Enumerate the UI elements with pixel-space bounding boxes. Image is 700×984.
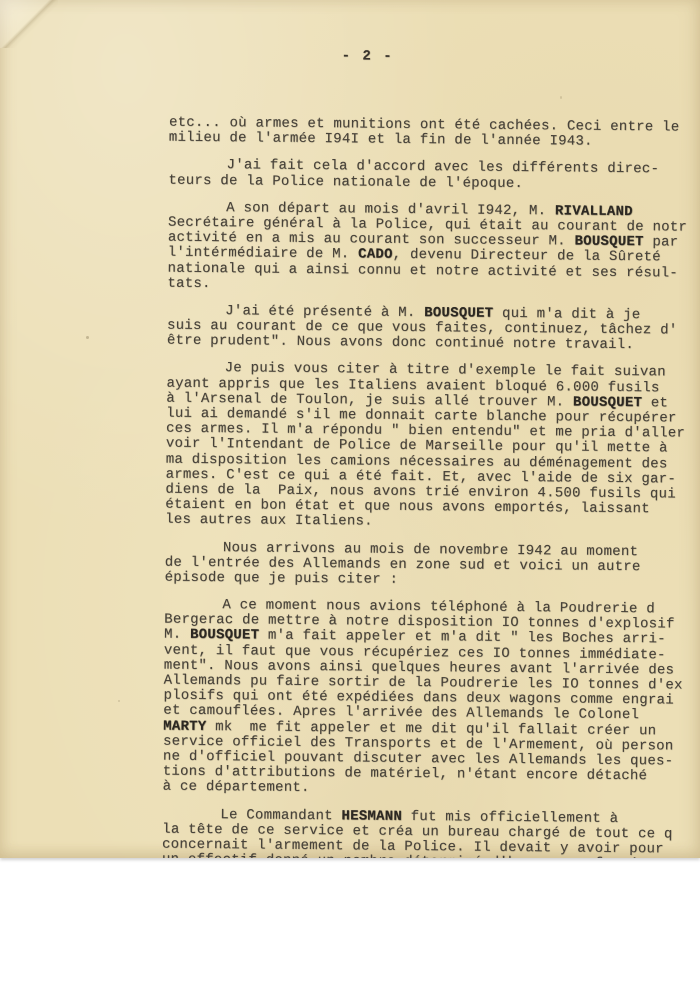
- scan-background: - 2 - etc... où armes et munitions ont é…: [0, 0, 700, 984]
- paragraph: J'ai été présenté à M. BOUSQUET qui m'a …: [167, 304, 700, 355]
- text-line: être prudent". Nous avons donc continué …: [167, 334, 700, 355]
- paragraph: J'ai fait cela d'accord avec les différe…: [168, 158, 700, 194]
- document-page: - 2 - etc... où armes et munitions ont é…: [0, 0, 700, 858]
- typewritten-text: - 2 - etc... où armes et munitions ont é…: [0, 16, 700, 858]
- paragraph: Je puis vous citer à titre d'exemple le …: [165, 361, 700, 534]
- paragraph: A ce moment nous avions téléphoné à la P…: [163, 598, 700, 801]
- paragraph: etc... où armes et munitions ont été cac…: [169, 116, 700, 152]
- page-number: - 2 -: [342, 50, 700, 69]
- paragraph: Le Commandant HESMANN fut mis officielle…: [161, 807, 700, 858]
- paragraph: Nous arrivons au mois de novembre I942 a…: [165, 540, 700, 591]
- document-body-text: etc... où armes et munitions ont été cac…: [161, 116, 700, 858]
- paragraph: A son départ au mois d'avril I942, M. RI…: [167, 200, 700, 297]
